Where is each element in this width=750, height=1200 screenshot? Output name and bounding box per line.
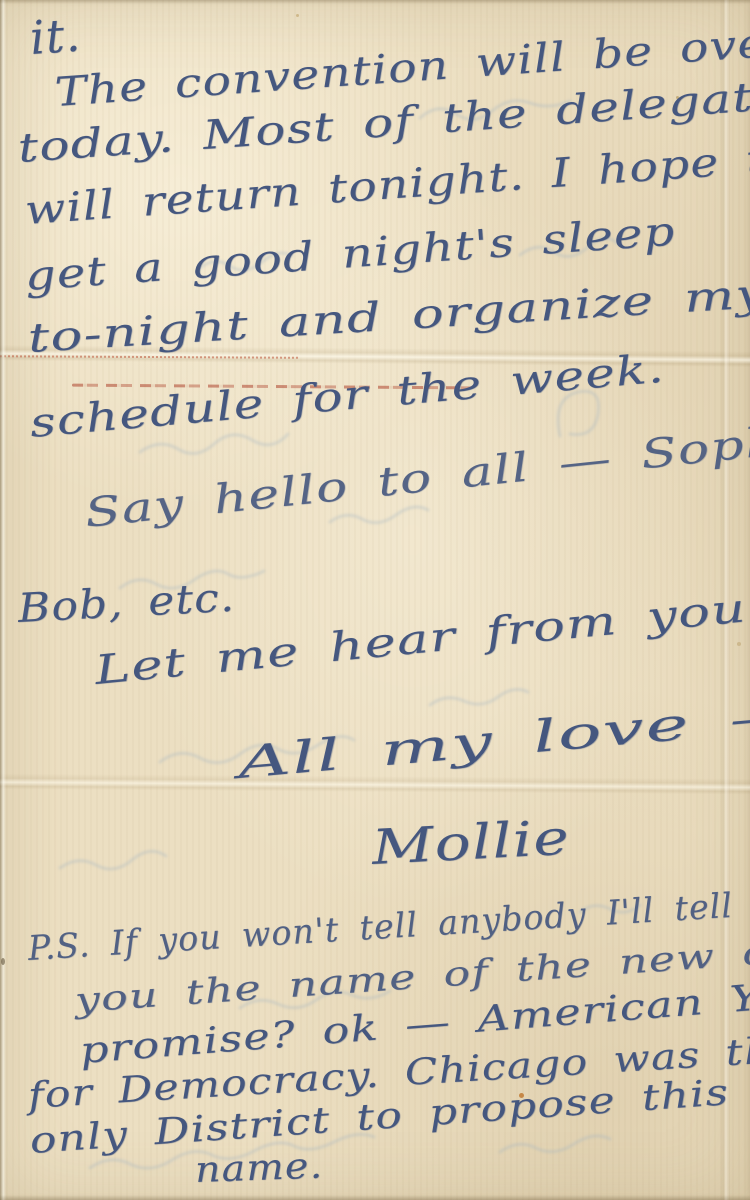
paper-edge-bottom xyxy=(0,1195,750,1200)
signature: Mollie xyxy=(371,811,572,876)
paper-edge-left xyxy=(0,0,6,1200)
scanned-letter: it.The convention will be overtoday. Mos… xyxy=(0,0,750,1200)
letter-line: it. xyxy=(28,9,82,65)
letter-page: it.The convention will be overtoday. Mos… xyxy=(0,0,750,1200)
paper-speck xyxy=(737,642,741,646)
postscript-line: name. xyxy=(194,1146,324,1192)
paper-speck xyxy=(296,14,299,17)
paper-speck xyxy=(1,958,5,965)
paper-edge-top xyxy=(0,0,750,4)
